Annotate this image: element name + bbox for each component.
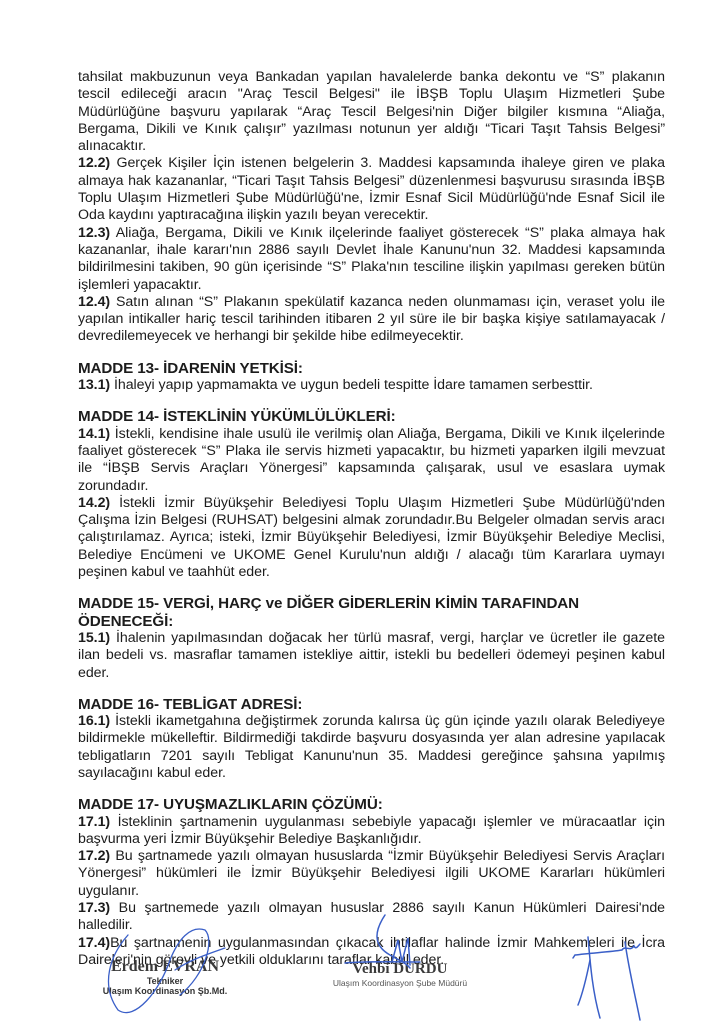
clause-text: İhalenin yapılmasından doğacak her türlü… — [78, 630, 665, 681]
clause-number: 15.1) — [78, 630, 110, 646]
clause-text: Bu şartnemede yazılı olmayan hususlar 28… — [78, 900, 665, 933]
clause-number: 12.4) — [78, 294, 110, 310]
clause-number: 17.4) — [78, 935, 110, 951]
clause-text: İstekli İzmir Büyükşehir Belediyesi Topl… — [78, 495, 665, 580]
clause-text: İstekli, kendisine ihale usulü ile veril… — [78, 426, 665, 494]
signer-unit: Ulaşım Koordinasyon Şb.Md. — [90, 986, 240, 996]
clause-number: 16.1) — [78, 713, 110, 729]
clause-paragraph: 16.1) İstekli ikametgahına değiştirmek z… — [78, 713, 665, 782]
clause-text: Aliağa, Bergama, Dikili ve Kınık ilçeler… — [78, 225, 665, 293]
clause-number: 17.2) — [78, 848, 110, 864]
document-body: tahsilat makbuzunun veya Bankadan yapıla… — [78, 69, 665, 969]
clause-text: tahsilat makbuzunun veya Bankadan yapıla… — [78, 69, 665, 154]
section-spacer — [78, 346, 665, 360]
signature-block-center: Vehbi DURDU Ulaşım Koordinasyon Şube Müd… — [320, 961, 480, 988]
section-heading: MADDE 17- UYUŞMAZLIKLARIN ÇÖZÜMÜ: — [78, 796, 665, 813]
section-heading: MADDE 15- VERGİ, HARÇ ve DİĞER GİDERLERİ… — [78, 595, 665, 630]
clause-text: Gerçek Kişiler İçin istenen belgelerin 3… — [78, 155, 665, 223]
clause-number: 17.3) — [78, 900, 110, 916]
clause-paragraph: 17.1) İsteklinin şartnamenin uygulanması… — [78, 814, 665, 849]
section-spacer — [78, 782, 665, 796]
clause-text: Bu şartnamede yazılı olmayan hususlarda … — [78, 848, 665, 899]
clause-number: 12.3) — [78, 225, 110, 241]
section-heading: MADDE 16- TEBLİGAT ADRESİ: — [78, 696, 665, 713]
signer-name: Vehbi DURDU — [320, 961, 480, 978]
clause-text: İstekli ikametgahına değiştirmek zorunda… — [78, 713, 665, 781]
clause-paragraph: 15.1) İhalenin yapılmasından doğacak her… — [78, 630, 665, 682]
clause-number: 13.1) — [78, 377, 110, 393]
clause-number: 14.2) — [78, 495, 110, 511]
section-spacer — [78, 682, 665, 696]
section-spacer — [78, 581, 665, 595]
section-heading: MADDE 14- İSTEKLİNİN YÜKÜMLÜLÜKLERİ: — [78, 408, 665, 425]
clause-number: 12.2) — [78, 155, 110, 171]
clause-paragraph: tahsilat makbuzunun veya Bankadan yapıla… — [78, 69, 665, 155]
signature-block-left: Erdem EVRAN Tekniker Ulaşım Koordinasyon… — [90, 958, 240, 996]
signer-role: Tekniker — [90, 976, 240, 986]
signer-role: Ulaşım Koordinasyon Şube Müdürü — [320, 978, 480, 988]
section-heading: MADDE 13- İDARENİN YETKİSİ: — [78, 360, 665, 377]
clause-paragraph: 12.3) Aliağa, Bergama, Dikili ve Kınık i… — [78, 225, 665, 294]
clause-paragraph: 17.3) Bu şartnemede yazılı olmayan husus… — [78, 900, 665, 935]
clause-paragraph: 14.2) İstekli İzmir Büyükşehir Belediyes… — [78, 495, 665, 581]
clause-text: İhaleyi yapıp yapmamakta ve uygun bedeli… — [110, 377, 593, 393]
clause-paragraph: 12.2) Gerçek Kişiler İçin istenen belgel… — [78, 155, 665, 224]
clause-paragraph: 14.1) İstekli, kendisine ihale usulü ile… — [78, 426, 665, 495]
clause-paragraph: 17.2) Bu şartnamede yazılı olmayan husus… — [78, 848, 665, 900]
section-spacer — [78, 394, 665, 408]
clause-number: 17.1) — [78, 814, 110, 830]
clause-number: 14.1) — [78, 426, 110, 442]
clause-text: İsteklinin şartnamenin uygulanması sebeb… — [78, 814, 665, 847]
clause-paragraph: 13.1) İhaleyi yapıp yapmamakta ve uygun … — [78, 377, 665, 394]
clause-paragraph: 12.4) Satın alınan “S” Plakanın spekülat… — [78, 294, 665, 346]
clause-text: Satın alınan “S” Plakanın spekülatif kaz… — [78, 294, 665, 345]
signer-name: Erdem EVRAN — [90, 958, 240, 976]
